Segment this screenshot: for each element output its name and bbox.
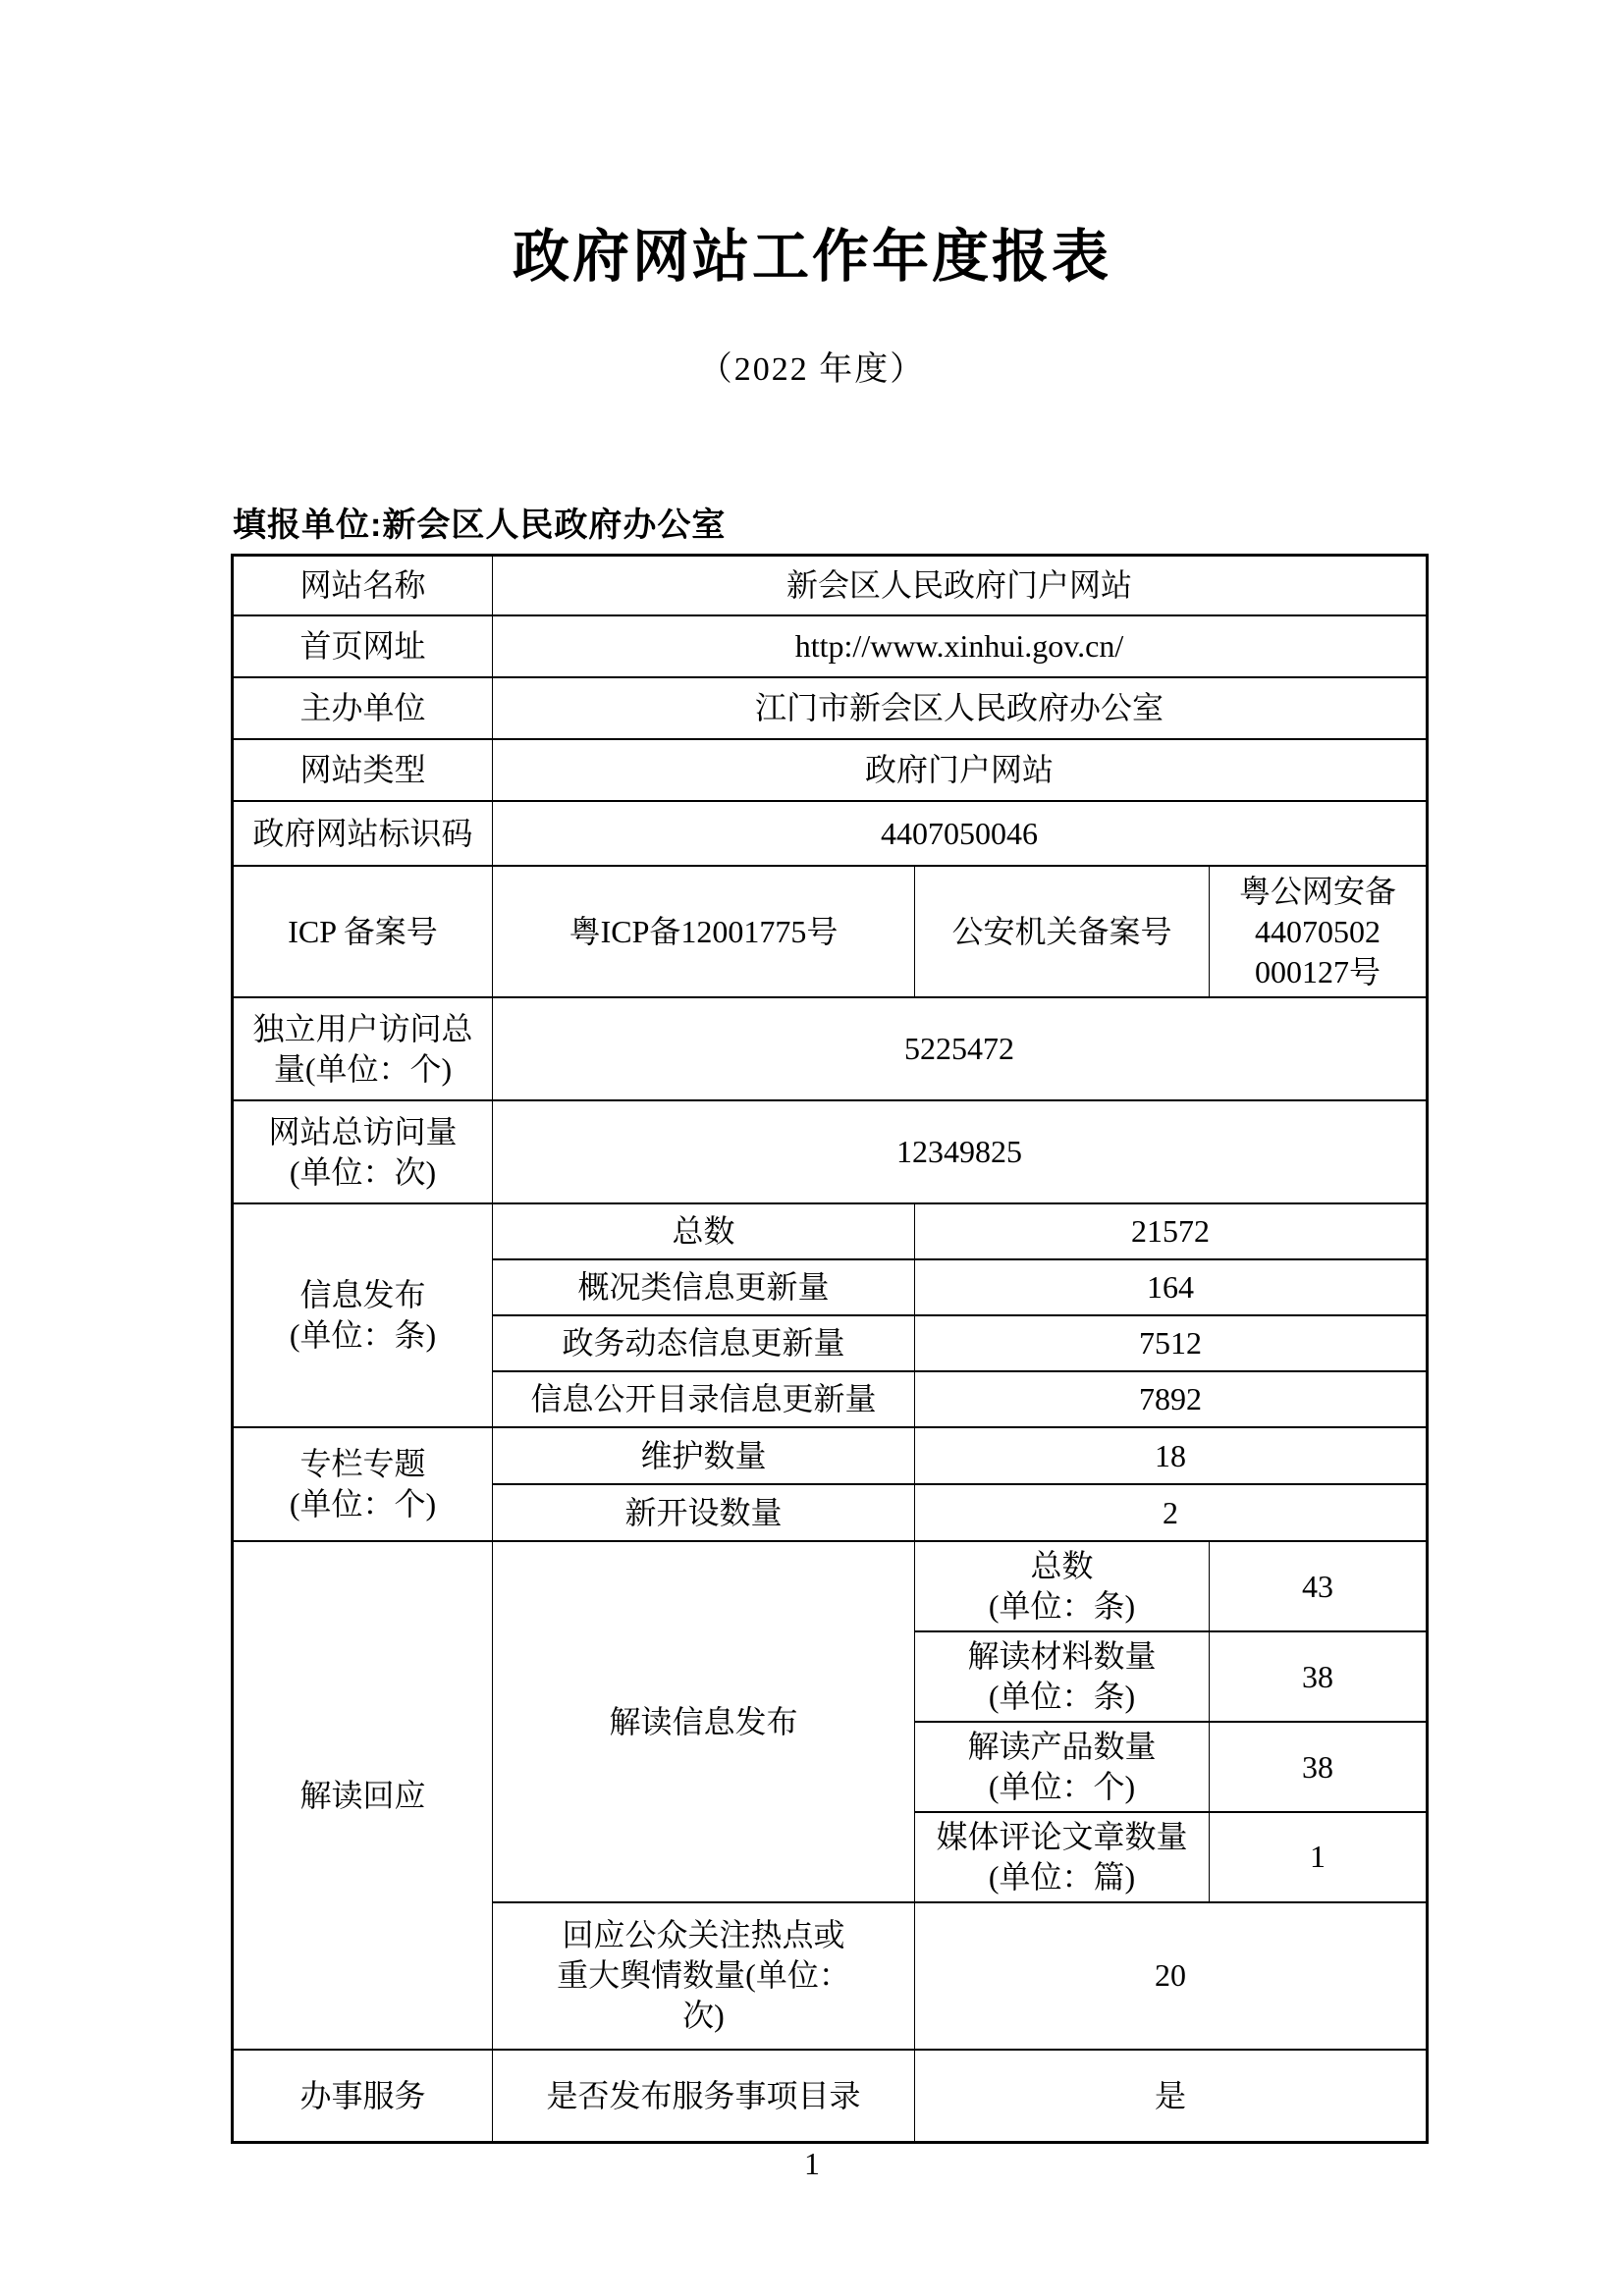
overview-update-value: 164: [915, 1259, 1428, 1315]
public-response-value: 20: [915, 1902, 1428, 2050]
interp-total-value: 43: [1210, 1541, 1428, 1631]
interpretation-publish-label: 解读信息发布: [493, 1541, 915, 1902]
icp-value: 粤ICP备12001775号: [493, 866, 915, 997]
page-title: 政府网站工作年度报表: [0, 0, 1624, 289]
police-record-value: 粤公网安备 44070502 000127号: [1210, 866, 1428, 997]
public-response-label: 回应公众关注热点或 重大舆情数量(单位： 次): [493, 1902, 915, 2050]
directory-update-value: 7892: [915, 1371, 1428, 1427]
website-type-label: 网站类型: [233, 739, 493, 801]
website-name-value: 新会区人民政府门户网站: [493, 555, 1428, 615]
table-row: 网站类型 政府门户网站: [233, 739, 1428, 801]
media-comment-value: 1: [1210, 1812, 1428, 1902]
interp-material-value: 38: [1210, 1631, 1428, 1722]
total-visits-value: 12349825: [493, 1100, 1428, 1203]
site-id-value: 4407050046: [493, 801, 1428, 866]
table-row: 首页网址 http://www.xinhui.gov.cn/: [233, 615, 1428, 677]
gov-news-update-value: 7512: [915, 1315, 1428, 1371]
special-columns-label: 专栏专题 (单位：个): [233, 1427, 493, 1541]
table-row: 独立用户访问总 量(单位：个) 5225472: [233, 997, 1428, 1100]
police-record-label: 公安机关备案号: [915, 866, 1210, 997]
new-count-label: 新开设数量: [493, 1484, 915, 1541]
table-row: 主办单位 江门市新会区人民政府办公室: [233, 677, 1428, 739]
overview-update-label: 概况类信息更新量: [493, 1259, 915, 1315]
maintained-count-label: 维护数量: [493, 1427, 915, 1484]
table-row: 网站名称 新会区人民政府门户网站: [233, 555, 1428, 615]
icp-label: ICP 备案号: [233, 866, 493, 997]
media-comment-label: 媒体评论文章数量 (单位：篇): [915, 1812, 1210, 1902]
unique-visitors-value: 5225472: [493, 997, 1428, 1100]
interp-product-label: 解读产品数量 (单位：个): [915, 1722, 1210, 1812]
info-publish-total-value: 21572: [915, 1203, 1428, 1259]
page-subtitle: （2022 年度）: [0, 342, 1624, 390]
info-publish-label: 信息发布 (单位：条): [233, 1203, 493, 1427]
table-row: 政府网站标识码 4407050046: [233, 801, 1428, 866]
service-directory-value: 是: [915, 2050, 1428, 2143]
report-unit-line: 填报单位:新会区人民政府办公室: [233, 498, 1624, 546]
unique-visitors-label: 独立用户访问总 量(单位：个): [233, 997, 493, 1100]
annual-report-table: 网站名称 新会区人民政府门户网站 首页网址 http://www.xinhui.…: [231, 554, 1429, 2145]
homepage-url-value: http://www.xinhui.gov.cn/: [493, 615, 1428, 677]
table-row: ICP 备案号 粤ICP备12001775号 公安机关备案号 粤公网安备 440…: [233, 866, 1428, 997]
homepage-url-label: 首页网址: [233, 615, 493, 677]
website-name-label: 网站名称: [233, 555, 493, 615]
new-count-value: 2: [915, 1484, 1428, 1541]
service-label: 办事服务: [233, 2050, 493, 2143]
service-directory-label: 是否发布服务事项目录: [493, 2050, 915, 2143]
table-row: 专栏专题 (单位：个) 维护数量 18: [233, 1427, 1428, 1484]
table-row: 解读回应 解读信息发布 总数 (单位：条) 43: [233, 1541, 1428, 1631]
site-id-label: 政府网站标识码: [233, 801, 493, 866]
table-row: 信息发布 (单位：条) 总数 21572: [233, 1203, 1428, 1259]
host-unit-value: 江门市新会区人民政府办公室: [493, 677, 1428, 739]
interpretation-label: 解读回应: [233, 1541, 493, 2050]
table-row: 办事服务 是否发布服务事项目录 是: [233, 2050, 1428, 2143]
total-visits-label: 网站总访问量 (单位：次): [233, 1100, 493, 1203]
host-unit-label: 主办单位: [233, 677, 493, 739]
page-number: 1: [0, 2146, 1624, 2182]
interp-total-label: 总数 (单位：条): [915, 1541, 1210, 1631]
info-publish-total-label: 总数: [493, 1203, 915, 1259]
directory-update-label: 信息公开目录信息更新量: [493, 1371, 915, 1427]
gov-news-update-label: 政务动态信息更新量: [493, 1315, 915, 1371]
table-row: 网站总访问量 (单位：次) 12349825: [233, 1100, 1428, 1203]
document-page: 政府网站工作年度报表 （2022 年度） 填报单位:新会区人民政府办公室 网站名…: [0, 0, 1624, 2296]
interp-material-label: 解读材料数量 (单位：条): [915, 1631, 1210, 1722]
maintained-count-value: 18: [915, 1427, 1428, 1484]
website-type-value: 政府门户网站: [493, 739, 1428, 801]
interp-product-value: 38: [1210, 1722, 1428, 1812]
